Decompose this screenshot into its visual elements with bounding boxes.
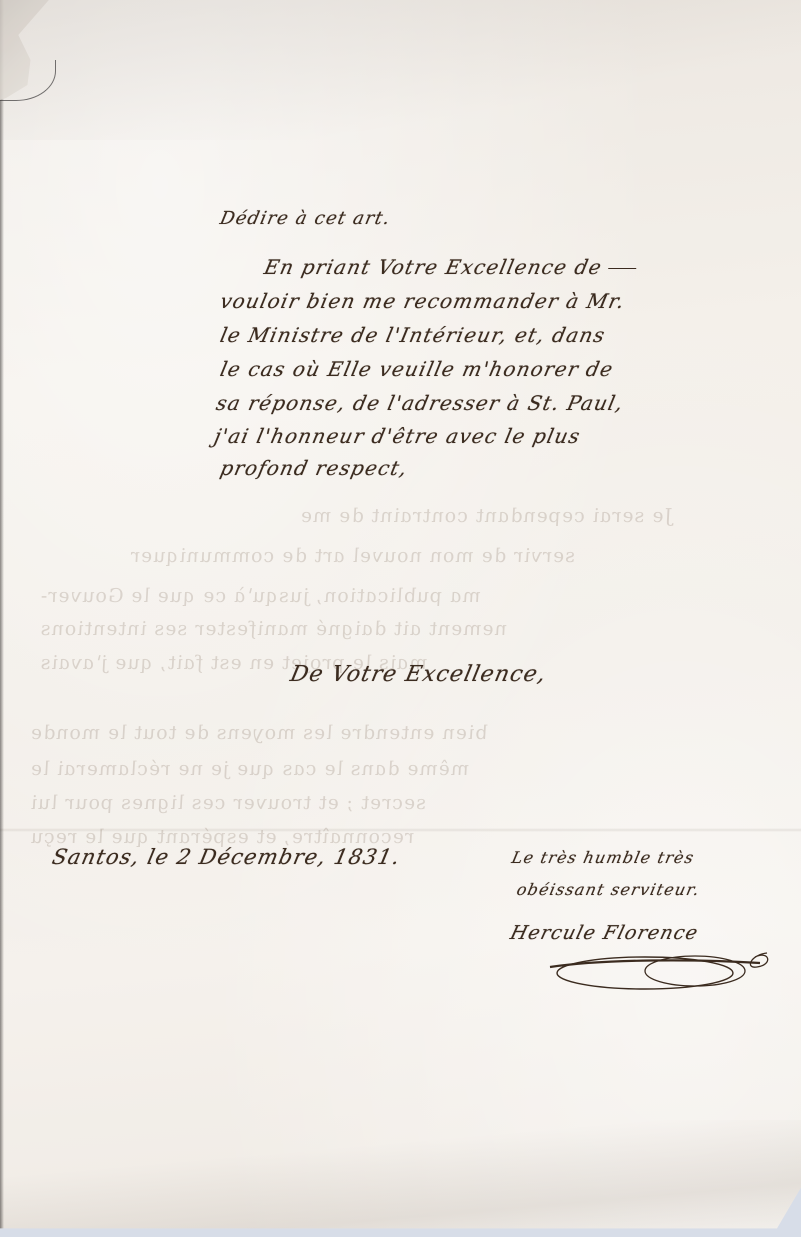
body-line-6: j'ai l'honneur d'être avec le plus <box>212 424 583 448</box>
body-line-3: le Ministre de l'Intérieur, et, dans <box>218 323 608 347</box>
paper-shadow-bottom <box>0 1120 801 1237</box>
body-line-2: vouloir bien me recommander à Mr. <box>218 289 628 313</box>
bleed-line: même dans le cas que je ne réclamerai le <box>27 758 472 780</box>
paper-fold-line <box>0 828 801 832</box>
paper-shadow-top <box>0 0 801 140</box>
bleed-line: ma publication, jusqu'à ce que le Gouver… <box>37 585 483 607</box>
body-line-1: En priant Votre Excellence de <box>262 255 639 279</box>
signature-flourish-icon <box>545 945 775 1000</box>
bleed-line: servir de mon nouvel art de communiquer <box>127 545 578 567</box>
body-line-4: le cas où Elle veuille m'honorer de <box>218 357 616 381</box>
opening-line: Dédire à cet art. <box>218 208 393 229</box>
subscription-line-2: obéissant serviteur. <box>515 880 702 899</box>
letter-page: Je serai cependant contraint de me servi… <box>0 0 801 1237</box>
paper-edge-left <box>0 0 4 1237</box>
bleed-line: nement ait daigné manifester ses intenti… <box>37 618 510 640</box>
tear-edge <box>0 60 56 101</box>
signature: Hercule Florence <box>508 922 701 944</box>
bleed-line: bien entendre les moyens de tout le mond… <box>27 722 490 744</box>
place-and-date: Santos, le 2 Décembre, 1831. <box>50 845 403 869</box>
bleed-through-text: Je serai cependant contraint de me servi… <box>0 0 801 1237</box>
line-filler-dash <box>608 268 636 269</box>
body-line-5: sa réponse, de l'adresser à St. Paul, <box>214 391 626 415</box>
subscription-line-1: Le très humble très <box>510 848 696 867</box>
body-line-7: profond respect, <box>218 456 410 480</box>
body-line-text: En priant Votre Excellence de <box>262 255 605 279</box>
bleed-line: secret ; et trouver ces lignes pour lui <box>27 792 429 814</box>
bleed-line: Je serai cependant contraint de me <box>297 505 675 527</box>
closing-salutation: De Votre Excellence, <box>288 662 549 687</box>
